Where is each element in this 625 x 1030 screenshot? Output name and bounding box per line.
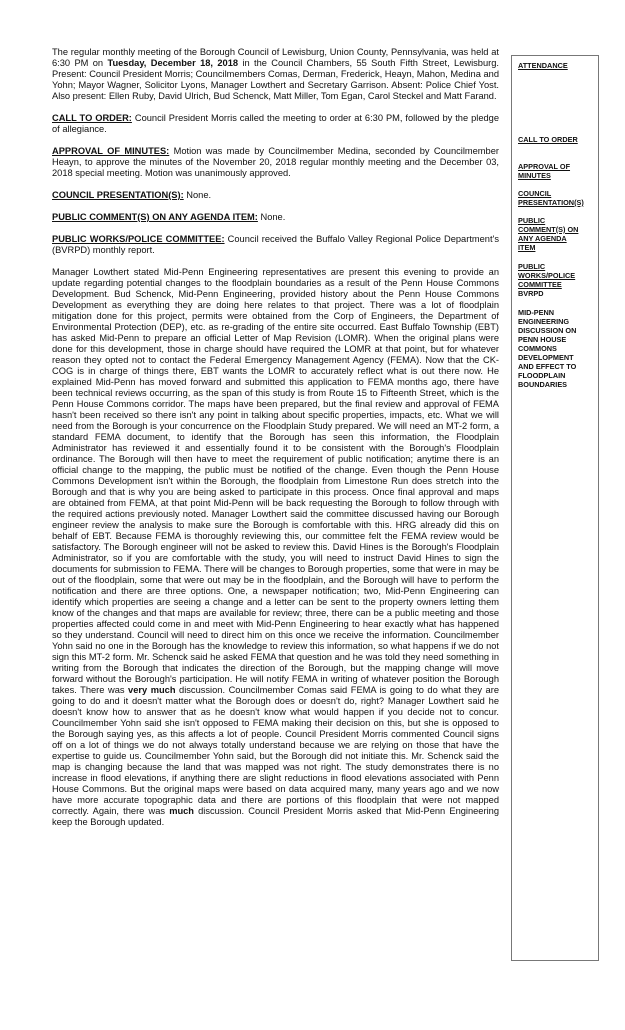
section-heading: APPROVAL OF MINUTES: bbox=[52, 146, 169, 156]
bold-text: very much bbox=[128, 685, 175, 695]
sidebar-topic-line: PRESENTATION(S) bbox=[518, 198, 598, 207]
minutes-paragraph: COUNCIL PRESENTATION(S): None. bbox=[52, 190, 499, 201]
section-heading: PUBLIC COMMENT(S) ON ANY AGENDA ITEM: bbox=[52, 212, 258, 222]
sidebar-topic-index: ATTENDANCECALL TO ORDERAPPROVAL OFMINUTE… bbox=[511, 55, 599, 961]
sidebar-topic-line: COMMONS bbox=[518, 344, 598, 353]
sidebar-topic-line: MINUTES bbox=[518, 171, 598, 180]
sidebar-topic: APPROVAL OFMINUTES bbox=[518, 162, 598, 180]
bold-text: Tuesday, December 18, 2018 bbox=[107, 58, 238, 68]
minutes-paragraph: Manager Lowthert stated Mid-Penn Enginee… bbox=[52, 267, 499, 828]
sidebar-topic: ATTENDANCE bbox=[518, 61, 598, 70]
sidebar-topic-line: PUBLIC bbox=[518, 262, 598, 271]
section-heading: COUNCIL PRESENTATION(S): bbox=[52, 190, 184, 200]
sidebar-topic-line: BOUNDARIES bbox=[518, 380, 598, 389]
sidebar-topic-line: ITEM bbox=[518, 243, 598, 252]
sidebar-topic-line: FLOODPLAIN bbox=[518, 371, 598, 380]
sidebar-topic-line: MID-PENN bbox=[518, 308, 598, 317]
sidebar-topic-line: PENN HOUSE bbox=[518, 335, 598, 344]
sidebar-topic: PUBLICCOMMENT(S) ONANY AGENDAITEM bbox=[518, 216, 598, 252]
sidebar-topic-line: WORKS/POLICE bbox=[518, 271, 598, 280]
minutes-paragraph: APPROVAL OF MINUTES: Motion was made by … bbox=[52, 146, 499, 179]
sidebar-topic-line: APPROVAL OF bbox=[518, 162, 598, 171]
sidebar-topic: COUNCILPRESENTATION(S) bbox=[518, 189, 598, 207]
sidebar-topic-line: COMMITTEE bbox=[518, 280, 598, 289]
document-page: The regular monthly meeting of the Borou… bbox=[0, 0, 625, 1030]
minutes-paragraph: PUBLIC COMMENT(S) ON ANY AGENDA ITEM: No… bbox=[52, 212, 499, 223]
bold-text: much bbox=[169, 806, 194, 816]
minutes-paragraph: PUBLIC WORKS/POLICE COMMITTEE: Council r… bbox=[52, 234, 499, 256]
minutes-paragraph: The regular monthly meeting of the Borou… bbox=[52, 47, 499, 102]
sidebar-topic: MID-PENNENGINEERINGDISCUSSION ONPENN HOU… bbox=[518, 308, 598, 389]
paragraph-text: None. bbox=[184, 190, 211, 200]
section-heading: CALL TO ORDER: bbox=[52, 113, 132, 123]
sidebar-topic-line: PUBLIC bbox=[518, 216, 598, 225]
sidebar-topic: CALL TO ORDER bbox=[518, 135, 598, 144]
sidebar-topic-line: AND EFFECT TO bbox=[518, 362, 598, 371]
sidebar-topic-line: DISCUSSION ON bbox=[518, 326, 598, 335]
paragraph-text: None. bbox=[258, 212, 285, 222]
sidebar-topic-line: ENGINEERING bbox=[518, 317, 598, 326]
minutes-paragraph: CALL TO ORDER: Council President Morris … bbox=[52, 113, 499, 135]
minutes-body: The regular monthly meeting of the Borou… bbox=[52, 47, 499, 839]
sidebar-topic-line: COMMENT(S) ON bbox=[518, 225, 598, 234]
sidebar-topic-line: ANY AGENDA bbox=[518, 234, 598, 243]
sidebar-topic-line: DEVELOPMENT bbox=[518, 353, 598, 362]
sidebar-topic-line: CALL TO ORDER bbox=[518, 135, 598, 144]
sidebar-topic-line: BVRPD bbox=[518, 289, 598, 298]
sidebar-topic-line: ATTENDANCE bbox=[518, 61, 598, 70]
paragraph-text: discussion. Councilmember Comas said FEM… bbox=[52, 685, 499, 816]
paragraph-text: Manager Lowthert stated Mid-Penn Enginee… bbox=[52, 267, 499, 695]
sidebar-topic: PUBLICWORKS/POLICECOMMITTEEBVRPD bbox=[518, 262, 598, 298]
section-heading: PUBLIC WORKS/POLICE COMMITTEE: bbox=[52, 234, 225, 244]
sidebar-topic-line: COUNCIL bbox=[518, 189, 598, 198]
